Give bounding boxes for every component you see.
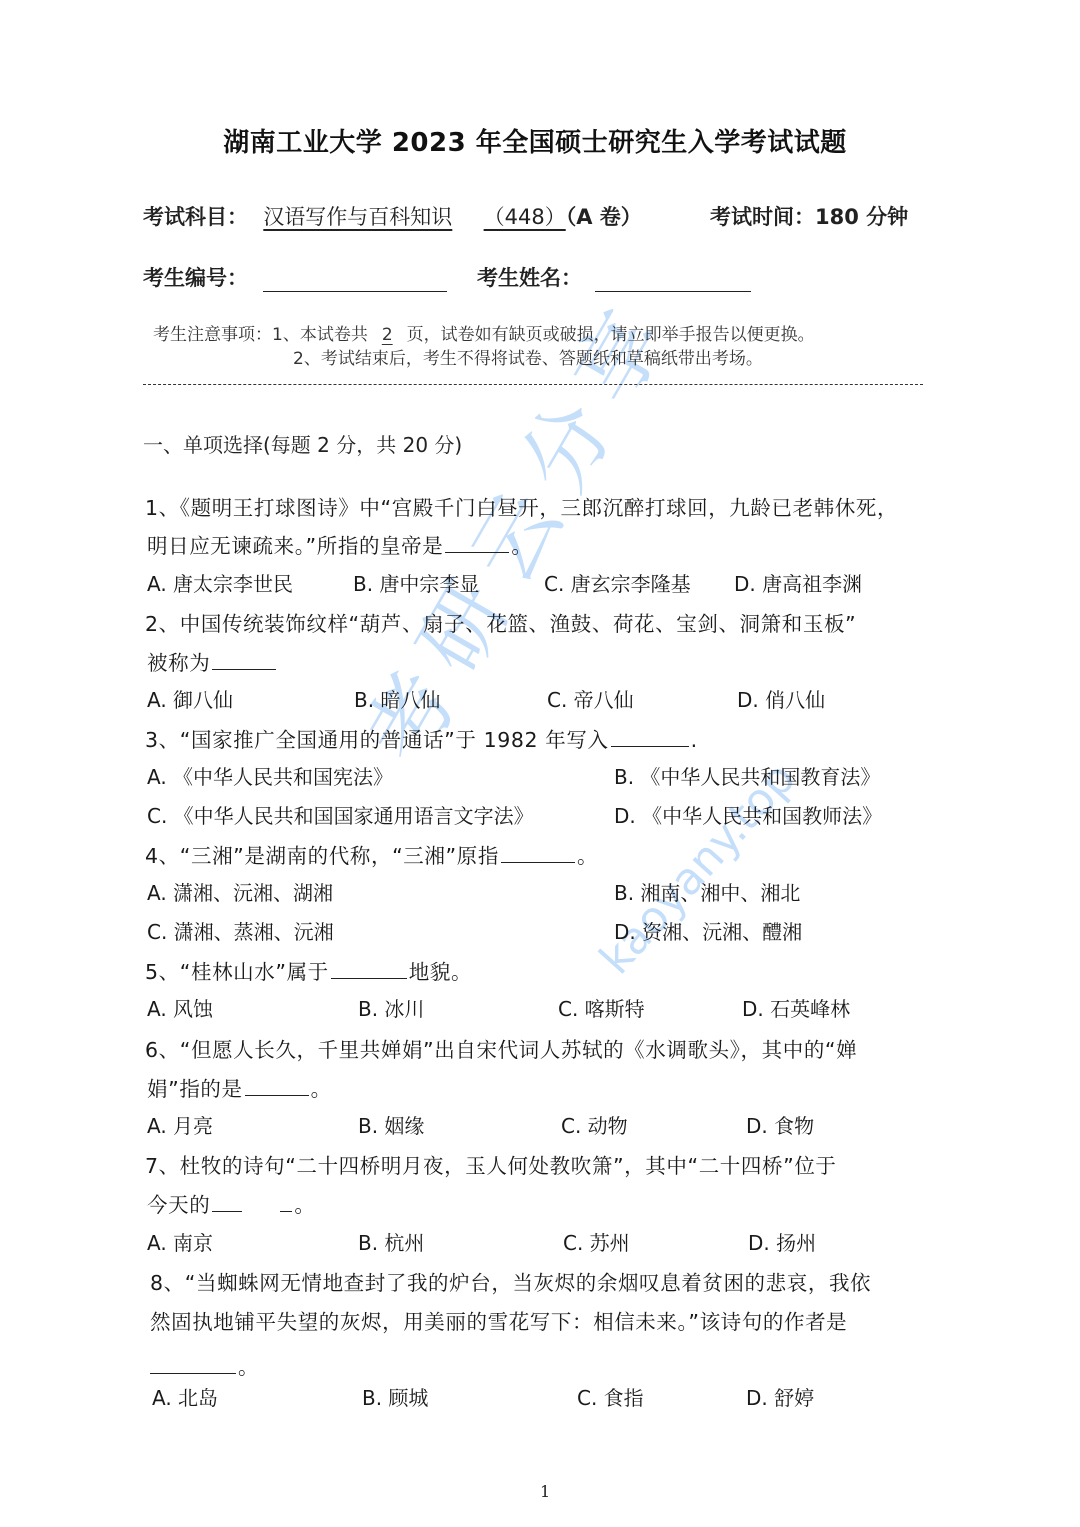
question-6-line-1: 6、“但愿人长久，千里共婵娟”出自宋代词人苏轼的《水调歌头》，其中的“婵	[145, 1033, 857, 1063]
q2-option-a: A. 御八仙	[147, 684, 233, 713]
candidate-id-label: 考生编号：	[143, 266, 248, 290]
exam-title: 湖南工业大学 2023 年全国硕士研究生入学考试试题	[0, 122, 1070, 159]
candidate-name-field[interactable]	[595, 291, 751, 292]
q7-option-a: A. 南京	[147, 1227, 213, 1256]
notice-label: 考生注意事项：	[153, 325, 272, 345]
q3-option-b: B. 《中华人民共和国教育法》	[614, 761, 880, 790]
section-heading: 一、单项选择(每题 2 分，共 20 分)	[143, 429, 462, 458]
q6-option-d: D. 食物	[746, 1110, 814, 1139]
q2-option-d: D. 俏八仙	[737, 684, 825, 713]
answer-blank	[501, 861, 575, 863]
subject-code: （448）	[484, 205, 566, 229]
question-5-line-1: 5、“桂林山水”属于地貌。	[145, 955, 472, 985]
answer-blank	[212, 668, 276, 670]
q8-option-c: C. 食指	[577, 1382, 644, 1411]
q2-option-b: B. 暗八仙	[354, 684, 440, 713]
question-8-line-3: 。	[150, 1350, 259, 1380]
question-7-line-2: 今天的。	[147, 1188, 315, 1218]
question-4-line-1: 4、“三湘”是湖南的代称，“三湘”原指。	[145, 839, 598, 869]
page-number: 1	[540, 1482, 550, 1501]
q7-option-d: D. 扬州	[748, 1227, 816, 1256]
q4-option-b: B. 湘南、湘中、湘北	[614, 877, 800, 906]
q1-option-a: A. 唐太宗李世民	[147, 568, 293, 597]
question-8-line-1: 8、“当蜘蛛网无情地查封了我的炉台，当灰烬的余烟叹息着贫困的悲哀，我依	[150, 1266, 871, 1296]
page-count: 2	[368, 325, 407, 345]
q8-option-d: D. 舒婷	[746, 1382, 814, 1411]
q5-option-a: A. 风蚀	[147, 993, 213, 1022]
q1-option-c: C. 唐玄宗李隆基	[544, 568, 691, 597]
question-7-line-1: 7、杜牧的诗句“二十四桥明月夜，玉人何处教吹箫”，其中“二十四桥”位于	[145, 1149, 837, 1179]
question-6-line-2: 娟”指的是。	[147, 1072, 332, 1102]
candidate-name-row: 考生姓名：	[477, 262, 751, 292]
subject-label: 考试科目：	[143, 205, 248, 229]
q7-option-c: C. 苏州	[563, 1227, 630, 1256]
question-1-line-2: 明日应无谏疏来。”所指的皇帝是。	[147, 529, 532, 559]
exam-time: 考试时间：180 分钟	[710, 201, 908, 231]
answer-blank	[212, 1210, 242, 1212]
q5-option-d: D. 石英峰林	[742, 993, 850, 1022]
q6-option-c: C. 动物	[561, 1110, 628, 1139]
q1-option-d: D. 唐高祖李渊	[734, 568, 862, 597]
question-2-line-2: 被称为	[147, 646, 278, 676]
q6-option-b: B. 姻缘	[358, 1110, 424, 1139]
q5-option-b: B. 冰川	[358, 993, 424, 1022]
subject-row: 考试科目： 汉语写作与百科知识 （448）（A 卷）	[143, 201, 642, 231]
question-3-line-1: 3、“国家推广全国通用的普通话”于 1982 年写入.	[145, 723, 698, 753]
candidate-id-row: 考生编号：	[143, 262, 447, 292]
answer-blank	[245, 1094, 309, 1096]
answer-blank	[611, 745, 689, 747]
q7-option-b: B. 杭州	[358, 1227, 424, 1256]
divider	[143, 384, 923, 385]
answer-blank	[331, 977, 407, 979]
q4-option-a: A. 潇湘、沅湘、湖湘	[147, 877, 333, 906]
answer-blank	[445, 551, 509, 553]
q4-option-c: C. 潇湘、蒸湘、沅湘	[147, 916, 334, 945]
q8-option-a: A. 北岛	[152, 1382, 218, 1411]
question-1-line-1: 1、《题明王打球图诗》中“宫殿千门白昼开，三郎沉醉打球回，九龄已老韩休死，	[145, 491, 898, 521]
q2-option-c: C. 帝八仙	[547, 684, 634, 713]
notice-line-1: 考生注意事项：1、本试卷共2页，试卷如有缺页或破损，请立即举手报告以便更换。	[153, 320, 815, 345]
q1-option-b: B. 唐中宗李显	[353, 568, 479, 597]
q6-option-a: A. 月亮	[147, 1110, 213, 1139]
q4-option-d: D. 资湘、沅湘、醴湘	[614, 916, 802, 945]
q5-option-c: C. 喀斯特	[558, 993, 645, 1022]
candidate-id-field[interactable]	[263, 291, 447, 292]
q3-option-c: C. 《中华人民共和国国家通用语言文字法》	[147, 800, 534, 829]
paper-version: （A 卷）	[566, 205, 642, 229]
answer-blank	[150, 1372, 236, 1374]
candidate-name-label: 考生姓名：	[477, 266, 582, 290]
q3-option-d: D. 《中华人民共和国教师法》	[614, 800, 882, 829]
subject-name: 汉语写作与百科知识	[263, 205, 452, 229]
q8-option-b: B. 顾城	[362, 1382, 428, 1411]
question-2-line-1: 2、中国传统装饰纹样“葫芦、扇子、花篮、渔鼓、荷花、宝剑、洞箫和玉板”	[145, 607, 856, 637]
q3-option-a: A. 《中华人民共和国宪法》	[147, 761, 393, 790]
question-8-line-2: 然固执地铺平失望的灰烬，用美丽的雪花写下：相信未来。”该诗句的作者是	[150, 1305, 847, 1335]
notice-line-2: 2、考试结束后，考生不得将试卷、答题纸和草稿纸带出考场。	[293, 344, 763, 369]
